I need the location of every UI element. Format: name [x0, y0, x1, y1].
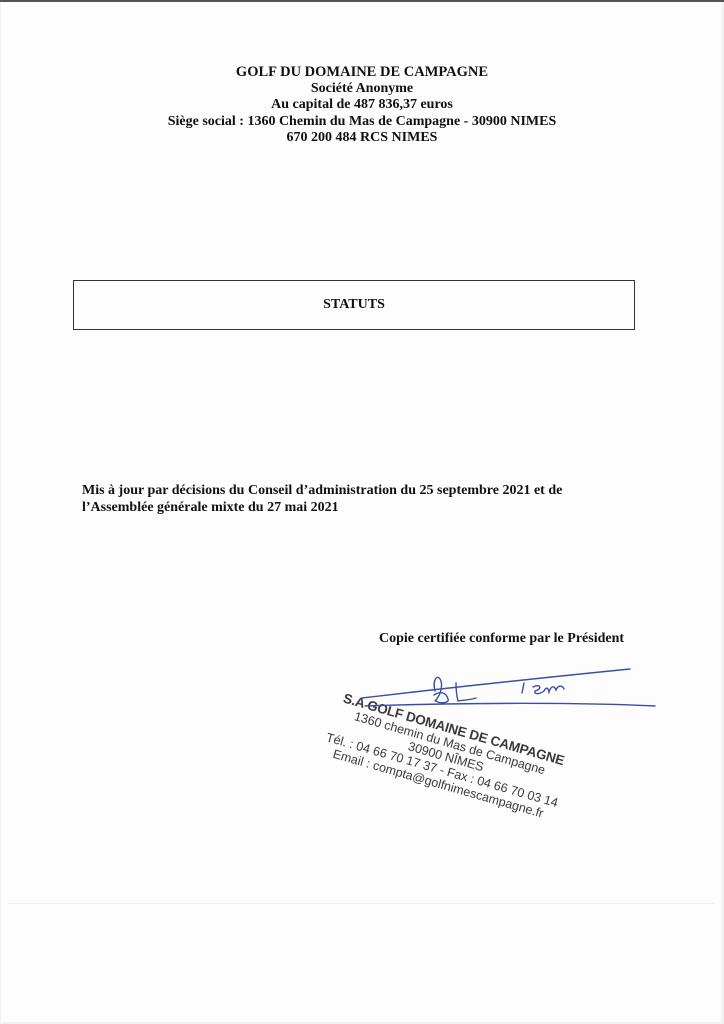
- page-divider: [8, 903, 714, 904]
- signature: [340, 665, 660, 725]
- certification-text: Copie certifiée conforme par le Présiden…: [379, 631, 624, 647]
- company-name: GOLF DU DOMAINE DE CAMPAGNE: [0, 64, 724, 81]
- rcs-number: 670 200 484 RCS NIMES: [0, 130, 724, 147]
- update-note-line-2: l’Assemblée générale mixte du 27 mai 202…: [82, 499, 602, 516]
- title-box: STATUTS: [73, 280, 635, 330]
- update-note: Mis à jour par décisions du Conseil d’ad…: [82, 482, 602, 516]
- document-title: STATUTS: [323, 297, 385, 313]
- update-note-line-1: Mis à jour par décisions du Conseil d’ad…: [82, 482, 602, 499]
- company-form: Société Anonyme: [0, 81, 724, 98]
- company-header: GOLF DU DOMAINE DE CAMPAGNE Société Anon…: [0, 64, 724, 147]
- registered-office: Siège social : 1360 Chemin du Mas de Cam…: [0, 114, 724, 131]
- company-capital: Au capital de 487 836,37 euros: [0, 97, 724, 114]
